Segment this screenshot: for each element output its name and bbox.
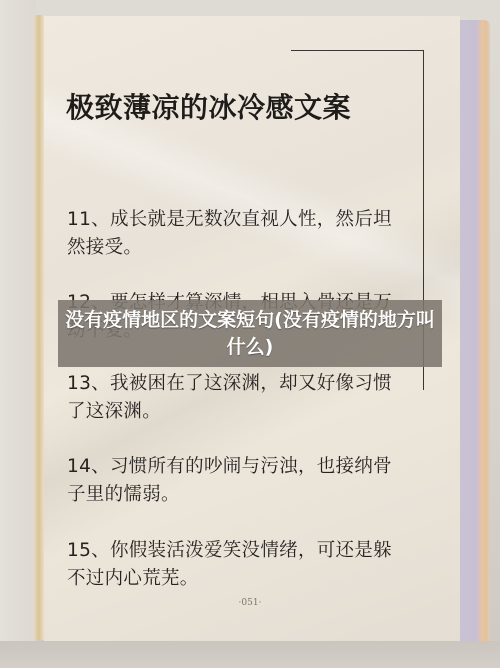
quote-item-11: 11、成长就是无数次直视人性，然后坦然接受。 [67, 206, 407, 262]
quote-item-13: 13、我被困在了这深渊，却又好像习惯了这深渊。 [67, 370, 407, 426]
book-photo: 极致薄凉的冰冷感文案 11、成长就是无数次直视人性，然后坦然接受。 12、要怎样… [0, 0, 500, 668]
caption-banner: 没有疫情地区的文案短句(没有疫情的地方叫什么) [58, 300, 442, 367]
decorative-frame-top-line [291, 50, 424, 51]
page-title: 极致薄凉的冰冷感文案 [66, 86, 351, 126]
background-left [0, 0, 36, 668]
quote-item-14: 14、习惯所有的吵闹与污浊，也接纳骨子里的懦弱。 [67, 453, 407, 509]
page-edges-stack [458, 20, 490, 644]
table-surface [0, 641, 500, 668]
quote-item-15: 15、你假装活泼爱笑没情绪，可还是躲不过内心荒芜。 [67, 537, 407, 593]
page-number: ·051· [0, 598, 500, 608]
caption-text: 没有疫情地区的文案短句(没有疫情的地方叫什么) [65, 307, 435, 361]
